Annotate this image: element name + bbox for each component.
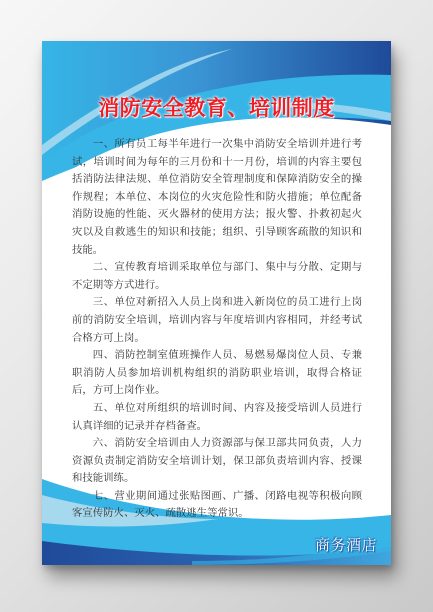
rule-paragraph-3: 三、单位对新招入人员上岗和进入新岗位的员工进行上岗前的消防安全培训，培训内容与年… bbox=[72, 294, 362, 347]
poster-title: 消防安全教育、培训制度 bbox=[42, 92, 391, 122]
rule-paragraph-1: 一、所有员工每半年进行一次集中消防安全培训并进行考试，培训时间为每年的三月份和十… bbox=[72, 136, 362, 259]
rule-paragraph-2: 二、宣传教育培训采取单位与部门、集中与分散、定期与不定期等方式进行。 bbox=[72, 259, 362, 294]
poster: 消防安全教育、培训制度 一、所有员工每半年进行一次集中消防安全培训并进行考试，培… bbox=[42, 41, 391, 565]
rules-content: 一、所有员工每半年进行一次集中消防安全培训并进行考试，培训时间为每年的三月份和十… bbox=[72, 136, 362, 523]
rule-paragraph-4: 四、消防控制室值班操作人员、易燃易爆岗位人员、专兼职消防人员参加培训机构组织的消… bbox=[72, 347, 362, 400]
rule-paragraph-7: 七、营业期间通过张贴图画、广播、闭路电视等积极向顾客宣传防火、灭火、疏散逃生等常… bbox=[72, 488, 362, 523]
brand-name: 商务酒店 bbox=[315, 534, 377, 555]
rule-paragraph-6: 六、消防安全培训由人力资源部与保卫部共同负责，人力资源负责制定消防安全培训计划，… bbox=[72, 435, 362, 488]
rule-paragraph-5: 五、单位对所组织的培训时间、内容及接受培训人员进行认真详细的记录并存档备查。 bbox=[72, 400, 362, 435]
